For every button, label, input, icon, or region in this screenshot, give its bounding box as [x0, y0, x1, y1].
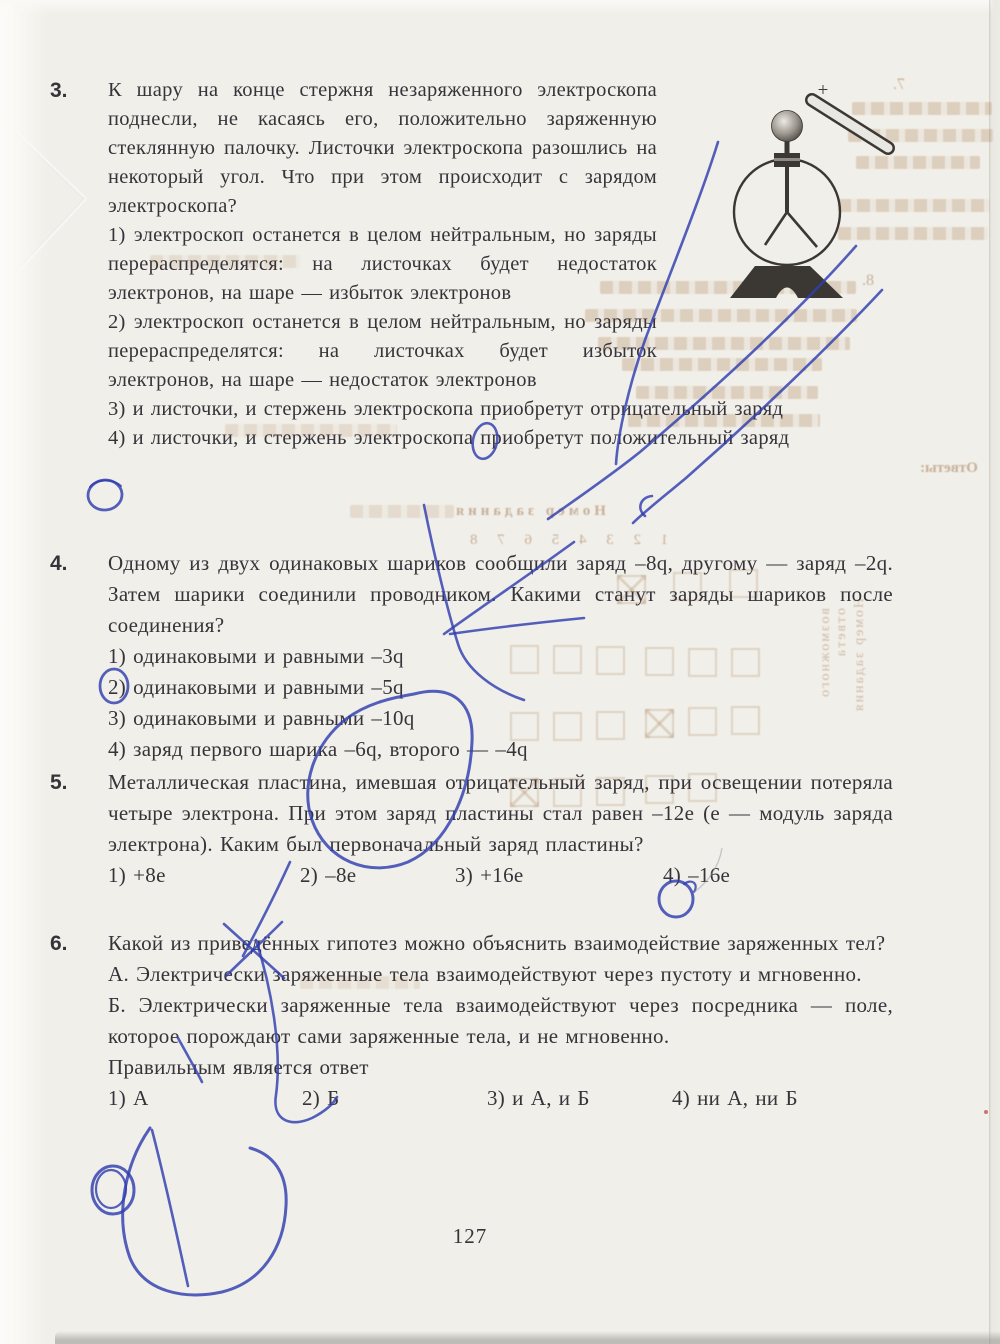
answer-circle-q3-second-pass [90, 480, 121, 487]
bleed-answers-label: Ответы: [920, 460, 978, 477]
question-6-option-4: 4) ни А, ни Б [672, 1083, 798, 1114]
question-5-options-row: 1) +8e 2) –8e 3) +16e 4) –16e [108, 860, 893, 891]
question-5-option-1: 1) +8e [108, 860, 166, 891]
question-4-option-3: 3) одинаковыми и равными –10q [108, 703, 893, 734]
question-3: 3. К шару на конце стержня незаряженного… [108, 76, 893, 453]
answer-circle-q6-inner [96, 1170, 126, 1208]
question-5-text: Металлическая пластина, имевшая отрицате… [108, 767, 893, 860]
bleed-table-digits: 1 2 3 4 5 6 7 8 [470, 532, 668, 549]
scanned-workbook-page: { "page": { "number": "127" }, "figure":… [0, 0, 1000, 1344]
answer-circle-q6-option-1 [92, 1166, 134, 1214]
scan-shadow-bottom [55, 1331, 1000, 1344]
question-6-option-3: 3) и А, и Б [487, 1083, 590, 1114]
pen-loop [123, 1128, 286, 1295]
question-5-option-4: 4) –16e [663, 860, 730, 891]
question-5-option-3: 3) +16e [455, 860, 524, 891]
answer-circle-q3-option-4 [87, 478, 124, 511]
question-3-option-4: 4) и листочки, и стержень электроскопа п… [108, 424, 893, 453]
question-5: 5. Металлическая пластина, имевшая отриц… [108, 767, 893, 891]
question-5-option-2: 2) –8e [300, 860, 356, 891]
figure-spacer [657, 76, 893, 340]
question-6-statement-b: Б. Электрически заряженные тела взаимоде… [108, 990, 893, 1052]
question-6-option-2: 2) Б [302, 1083, 340, 1114]
paper-crease [15, 130, 87, 200]
question-6-options-row: 1) А 2) Б 3) и А, и Б 4) ни А, ни Б [108, 1083, 893, 1114]
question-6: 6. Какой из приведённых гипотез можно об… [108, 928, 893, 1114]
page-edge-right [989, 0, 1000, 1344]
pen-stroke [152, 1130, 188, 1286]
scan-edge-left [0, 0, 48, 1344]
question-6-option-1: 1) А [108, 1083, 149, 1114]
question-4-option-4: 4) заряд первого шарика –6q, второго — –… [108, 734, 893, 765]
question-3-number: 3. [50, 76, 68, 105]
question-6-prompt: Правильным является ответ [108, 1052, 893, 1083]
pen-stroke [640, 496, 652, 516]
bleed-table-header: Номер задания [452, 503, 606, 520]
question-3-option-3: 3) и листочки, и стержень электроскопа п… [108, 395, 893, 424]
question-4: 4. Одному из двух одинаковых шариков соо… [108, 548, 893, 765]
question-4-number: 4. [50, 548, 68, 579]
paper-crease [18, 198, 86, 271]
question-4-option-2: 2) одинаковыми и равными –5q [108, 672, 893, 703]
question-6-number: 6. [50, 928, 68, 959]
question-4-option-1: 1) одинаковыми и равными –3q [108, 641, 893, 672]
scan-edge-top [0, 0, 1000, 14]
question-4-text: Одному из двух одинаковых шариков сообщи… [108, 548, 893, 641]
bleed-text-line [350, 505, 454, 518]
red-speck [984, 1110, 988, 1114]
question-5-number: 5. [50, 767, 68, 798]
page-number: 127 [108, 1224, 832, 1249]
question-6-text: Какой из приведённых гипотез можно объяс… [108, 928, 893, 959]
question-6-statement-a: А. Электрически заряженные тела взаимоде… [108, 959, 893, 990]
